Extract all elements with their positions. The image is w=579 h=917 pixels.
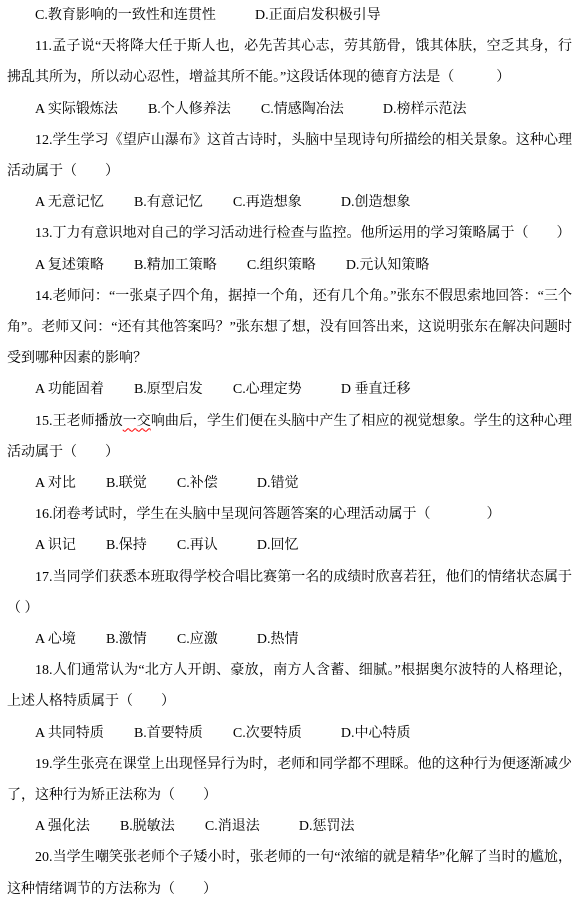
option-d: D.榜样示范法	[383, 102, 467, 117]
option-d: D.元认知策略	[346, 258, 430, 273]
option-a: A 强化法	[35, 819, 90, 834]
option-b: B.脱敏法	[120, 819, 175, 834]
question-14: 14.老师问：“一张桌子四个角，据掉一个角，还有几个角。”张东不假思索地回答：“…	[7, 281, 572, 406]
question-16-options: A 识记B.保持C.再认D.回忆	[7, 530, 572, 561]
option-a: A 实际锻炼法	[35, 102, 118, 117]
question-11-options: A 实际锻炼法B.个人修养法C.情感陶冶法D.榜样示范法	[7, 94, 572, 125]
option-b: B.有意记忆	[134, 195, 203, 210]
question-16: 16.闭卷考试时，学生在头脑中呈现问答题答案的心理活动属于（ ） A 识记B.保…	[7, 499, 572, 561]
option-b: B.联觉	[106, 476, 147, 491]
exam-page: C.教育影响的一致性和连贯性D.正面启发积极引导 11.孟子说“天将降大任于斯人…	[0, 0, 579, 917]
question-15-options: A 对比B.联觉C.补偿D.错觉	[7, 468, 572, 499]
question-12-options: A 无意记忆B.有意记忆C.再造想象D.创造想象	[7, 187, 572, 218]
question-18: 18.人们通常认为“北方人开朗、豪放，南方人含蓄、细腻。”根据奥尔波特的人格理论…	[7, 655, 572, 749]
question-15: 15.王老师播放一交响曲后，学生们便在头脑中产生了相应的视觉想象。学生的这种心理…	[7, 406, 572, 500]
option-d: D.回忆	[257, 538, 299, 553]
question-17: 17.当同学们获悉本班取得学校合唱比赛第一名的成绩时欣喜若狂，他们的情绪状态属于…	[7, 562, 572, 656]
option-c: C.组织策略	[247, 258, 316, 273]
option-a: A 对比	[35, 476, 76, 491]
question-19-options: A 强化法B.脱敏法C.消退法D.惩罚法	[7, 811, 572, 842]
option-c: C.再造想象	[233, 195, 302, 210]
option-a: A 功能固着	[35, 382, 104, 397]
question-12-stem: 12.学生学习《望庐山瀑布》这首古诗时，头脑中呈现诗句所描绘的相关景象。这种心理…	[7, 125, 572, 187]
stem-text-before-misspell: 15.王老师播放	[35, 414, 123, 429]
option-d: D.错觉	[257, 476, 299, 491]
option-a: A 识记	[35, 538, 76, 553]
question-14-stem: 14.老师问：“一张桌子四个角，据掉一个角，还有几个角。”张东不假思索地回答：“…	[7, 281, 572, 375]
question-11-stem: 11.孟子说“天将降大任于斯人也，必先苦其心志，劳其筋骨，饿其体肤，空乏其身，行…	[7, 31, 572, 93]
question-14-options: A 功能固着B.原型启发C.心理定势D 垂直迁移	[7, 374, 572, 405]
question-13: 13.丁力有意识地对自己的学习活动进行检查与监控。他所运用的学习策略属于（ ） …	[7, 218, 572, 280]
option-c: C.情感陶冶法	[261, 102, 344, 117]
option-c: C.次要特质	[233, 726, 302, 741]
option-a: A 心境	[35, 632, 76, 647]
question-13-stem: 13.丁力有意识地对自己的学习活动进行检查与监控。他所运用的学习策略属于（ ）	[7, 218, 572, 249]
prev-option-d: D.正面启发积极引导	[255, 8, 381, 23]
option-c: C.消退法	[205, 819, 260, 834]
question-12: 12.学生学习《望庐山瀑布》这首古诗时，头脑中呈现诗句所描绘的相关景象。这种心理…	[7, 125, 572, 219]
question-20: 20.当学生嘲笑张老师个子矮小时，张老师的一句“浓缩的就是精华”化解了当时的尴尬…	[7, 842, 572, 904]
question-19-stem: 19.学生张亮在课堂上出现怪异行为时，老师和同学都不理睬。他的这种行为便逐渐减少…	[7, 749, 572, 811]
question-16-stem: 16.闭卷考试时，学生在头脑中呈现问答题答案的心理活动属于（ ）	[7, 499, 572, 530]
question-17-stem: 17.当同学们获悉本班取得学校合唱比赛第一名的成绩时欣喜若狂，他们的情绪状态属于…	[7, 562, 572, 624]
question-11: 11.孟子说“天将降大任于斯人也，必先苦其心志，劳其筋骨，饿其体肤，空乏其身，行…	[7, 31, 572, 125]
option-c: C.心理定势	[233, 382, 302, 397]
option-b: B.原型启发	[134, 382, 203, 397]
question-18-options: A 共同特质B.首要特质C.次要特质D.中心特质	[7, 718, 572, 749]
option-c: C.应激	[177, 632, 218, 647]
prev-option-c: C.教育影响的一致性和连贯性	[35, 8, 216, 23]
option-b: B.激情	[106, 632, 147, 647]
option-d: D.惩罚法	[299, 819, 355, 834]
question-13-options: A 复述策略B.精加工策略C.组织策略D.元认知策略	[7, 250, 572, 281]
question-15-stem: 15.王老师播放一交响曲后，学生们便在头脑中产生了相应的视觉想象。学生的这种心理…	[7, 406, 572, 468]
option-d: D 垂直迁移	[341, 382, 411, 397]
option-d: D.热情	[257, 632, 299, 647]
option-b: B.保持	[106, 538, 147, 553]
option-a: A 复述策略	[35, 258, 104, 273]
option-a: A 无意记忆	[35, 195, 104, 210]
question-20-stem: 20.当学生嘲笑张老师个子矮小时，张老师的一句“浓缩的就是精华”化解了当时的尴尬…	[7, 842, 572, 904]
option-b: B.精加工策略	[134, 258, 217, 273]
option-a: A 共同特质	[35, 726, 104, 741]
option-c: C.补偿	[177, 476, 218, 491]
option-d: D.中心特质	[341, 726, 411, 741]
option-b: B.个人修养法	[148, 102, 231, 117]
option-b: B.首要特质	[134, 726, 203, 741]
option-c: C.再认	[177, 538, 218, 553]
option-d: D.创造想象	[341, 195, 411, 210]
misspelled-text: 一交	[123, 414, 151, 429]
question-17-options: A 心境B.激情C.应激D.热情	[7, 624, 572, 655]
question-19: 19.学生张亮在课堂上出现怪异行为时，老师和同学都不理睬。他的这种行为便逐渐减少…	[7, 749, 572, 843]
prev-question-options-row: C.教育影响的一致性和连贯性D.正面启发积极引导	[7, 0, 572, 31]
question-18-stem: 18.人们通常认为“北方人开朗、豪放，南方人含蓄、细腻。”根据奥尔波特的人格理论…	[7, 655, 572, 717]
